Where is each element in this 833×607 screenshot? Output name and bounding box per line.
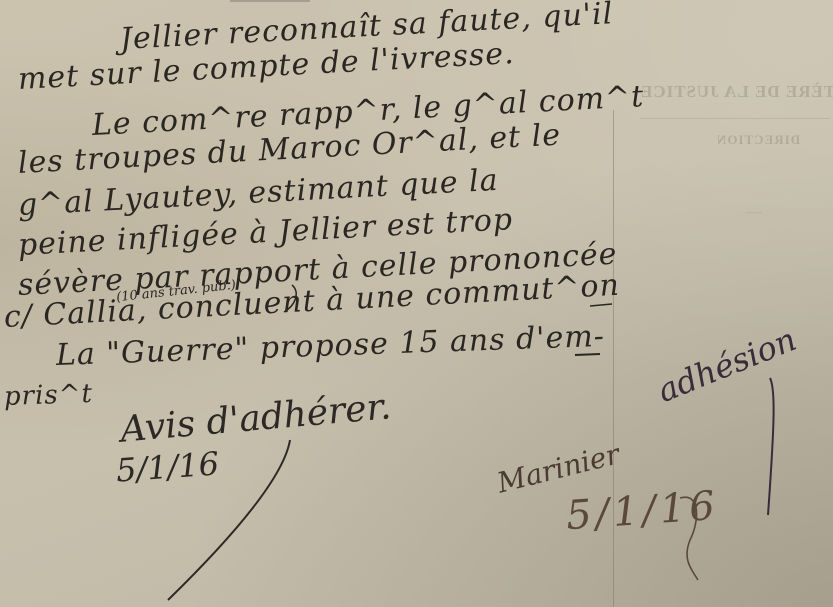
interlinear-paren <box>284 285 296 312</box>
initials-flourish-stroke <box>168 440 290 600</box>
line-9-dash <box>575 354 600 355</box>
right-vertical-stroke <box>768 378 774 515</box>
right-date-flourish <box>680 497 698 580</box>
commutation-underline <box>590 304 612 306</box>
pen-strokes <box>0 0 833 607</box>
